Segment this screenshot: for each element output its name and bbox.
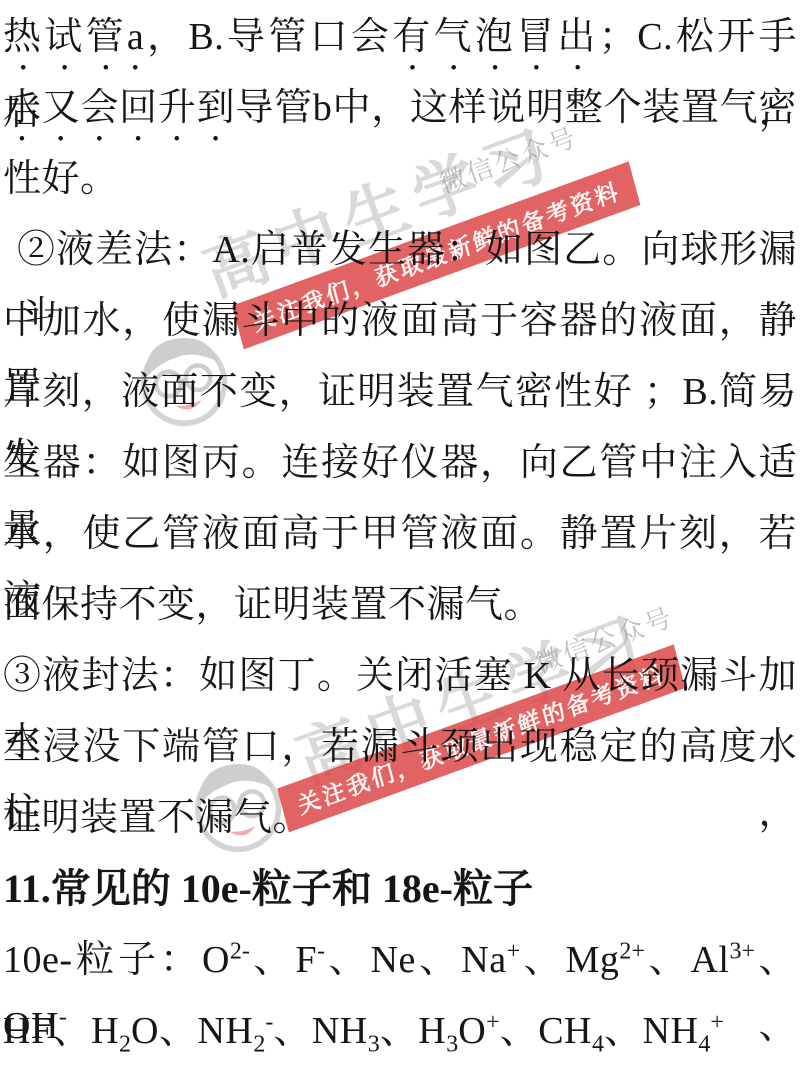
text-segment: 3 (368, 1032, 380, 1058)
line-7: 生器：如图丙。连接好仪器，向乙管中注入适量 (0, 430, 800, 501)
line-3: 性好。 (0, 146, 800, 217)
text-segment: ，B.导管口会 (144, 16, 392, 58)
text-segment: 4 (698, 1032, 710, 1058)
text-segment: + (507, 938, 521, 964)
text-segment: 11.常见的 10e-粒子和 18e-粒子 (3, 866, 533, 911)
text-segment: 、F (250, 939, 317, 981)
text-segment: + (710, 1009, 724, 1035)
text-segment: 、H (380, 1010, 446, 1052)
text-segment: + (486, 1009, 500, 1035)
text-segment: 面保持不变，证明装置不漏气。 (3, 584, 542, 626)
document-page: 高中生学习 关注我们，获取最新鲜的备考资料 微信公众号 高中生学习 关注我们，获… (0, 0, 800, 1067)
text-segment: 、NH (604, 1010, 698, 1052)
text-segment: 2- (230, 938, 250, 964)
text-segment: 10e-粒子：O (3, 939, 230, 981)
text-segment: 2 (119, 1032, 131, 1058)
line-4: ②液差法：A.启普发生器：如图乙。向球形漏斗 (0, 217, 800, 288)
line-5: 中加水，使漏斗中的液面高于容器的液面，静置 (0, 288, 800, 359)
text-segment: 、CH (500, 1010, 592, 1052)
text-segment: 性好。 (3, 158, 119, 200)
text-segment: 4 (592, 1032, 604, 1058)
emphasized-text: 热试管a (3, 16, 144, 58)
emphasized-text: 水又会回升到 (3, 87, 235, 129)
text-segment: 、Al (645, 939, 729, 981)
text-segment: O (458, 1010, 486, 1052)
text-segment: 、Mg (520, 939, 619, 981)
text-segment: 证明装置不漏气。 (3, 797, 311, 839)
line-8: 水，使乙管液面高于甲管液面。静置片刻，若液 (0, 501, 800, 572)
text-segment: 导管b中，这样说明整个装置气密 (235, 87, 797, 129)
line-13: 11.常见的 10e-粒子和 18e-粒子 (0, 856, 800, 927)
emphasized-text: 有气泡冒出 (392, 16, 599, 58)
text-lines: 热试管a，B.导管口会有气泡冒出；C.松开手后，水又会回升到导管b中，这样说明整… (0, 4, 800, 1067)
line-9: 面保持不变，证明装置不漏气。 (0, 572, 800, 643)
text-segment: 3 (446, 1032, 458, 1058)
line-11: 至浸没下端管口，若漏斗颈出现稳定的高度水柱， (0, 714, 800, 785)
line-15: HF、H2O、NH2-、NH3、H3O+、CH4、NH4+ (0, 998, 800, 1067)
text-segment: - (317, 938, 325, 964)
text-segment: 2+ (619, 938, 645, 964)
line-6: 片刻，液面不变，证明装置气密性好 ；B.简易发 (0, 359, 800, 430)
text-segment: 、Ne、Na (325, 939, 507, 981)
text-segment: HF、H (3, 1010, 119, 1052)
text-segment: 3+ (729, 938, 755, 964)
text-segment: 2 (253, 1032, 265, 1058)
line-1: 热试管a，B.导管口会有气泡冒出；C.松开手后， (0, 4, 800, 75)
text-segment: O、NH (131, 1010, 253, 1052)
line-10: ③液封法：如图丁。关闭活塞 K 从长颈漏斗加水 (0, 643, 800, 714)
text-segment: 、NH (273, 1010, 367, 1052)
line-2: 水又会回升到导管b中，这样说明整个装置气密 (0, 75, 800, 146)
line-14: 10e-粒子：O2-、F-、Ne、Na+、Mg2+、Al3+、OH-、 (0, 927, 800, 998)
